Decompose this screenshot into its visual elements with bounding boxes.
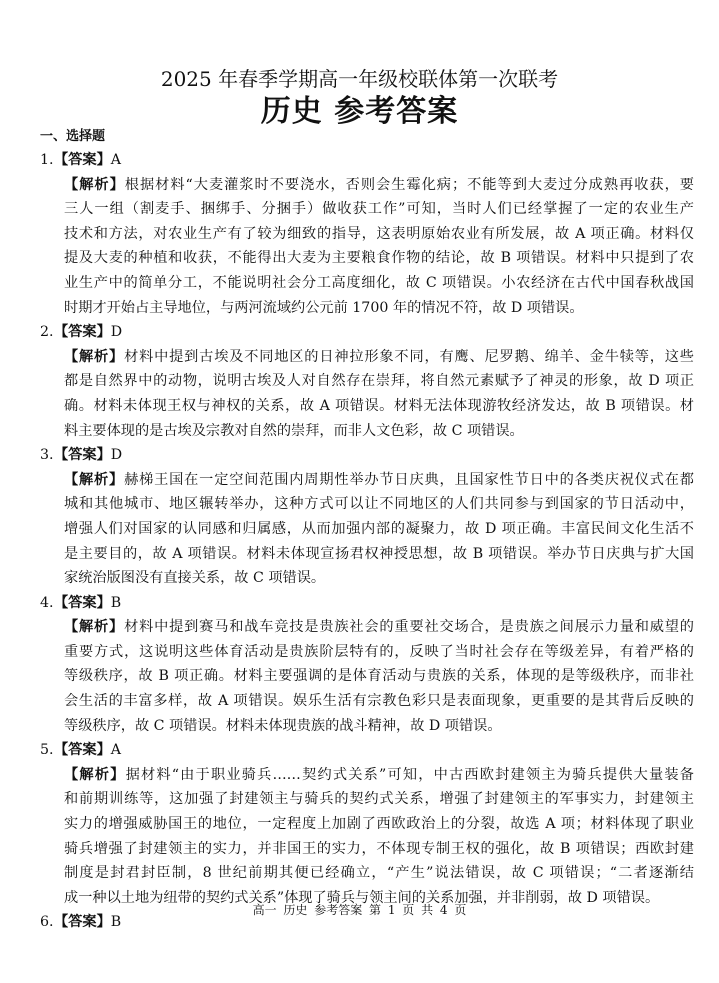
analysis-text: 料主要体现的是古埃及宗教对自然的崇拜，而非人文色彩，故 C 项错误。 [64, 423, 524, 439]
question-number: 3. [40, 443, 54, 468]
analysis-line: 是主要目的，故 A 项错误。材料未体现宣扬君权神授思想，故 B 项错误。举办节日… [40, 542, 694, 567]
answer-value: A [111, 152, 121, 168]
exam-title: 2025 年春季学期高一年级校联体第一次联考 [0, 66, 719, 92]
answer-line: 4.【答案】B [40, 591, 680, 616]
analysis-text: 城和其他城市、地区辗转举办，这种方式可以让不同地区的人们共同参与到国家的节日活动… [64, 496, 694, 512]
analysis-text: 材料中提到古埃及不同地区的日神拉形象不同，有鹰、尼罗鹅、绵羊、金牛犊等，这些 [124, 349, 694, 365]
analysis-text: 都是自然界中的动物，说明古埃及人对自然存在崇拜，将自然元素赋予了神灵的形象，故 … [64, 373, 694, 389]
answer-line: 2.【答案】D [40, 320, 680, 345]
analysis-text: 是主要目的，故 A 项错误。材料未体现宣扬君权神授思想，故 B 项错误。举办节日… [64, 546, 694, 562]
question-item: 3.【答案】D【解析】赫梯王国在一定空间范围内周期性举办节日庆典，且国家性节日中… [40, 443, 680, 591]
answer-label: 【答案】 [54, 324, 111, 340]
answer-value: A [111, 742, 121, 758]
analysis-line: 时期才开始占主导地位，与两河流域约公元前 1700 年的情况不符，故 D 项错误… [40, 296, 680, 321]
analysis-line: 会生活的丰富多样，故 A 项错误。娱乐生活有宗教色彩只是表面现象，更重要的是其背… [40, 689, 694, 714]
analysis-line: 料主要体现的是古埃及宗教对自然的崇拜，而非人文色彩，故 C 项错误。 [40, 419, 680, 444]
analysis-text: 确。材料未体现王权与神权的关系，故 A 项错误。材料无法体现游牧经济发达，故 B… [64, 398, 694, 414]
analysis-label: 【解析】 [64, 177, 125, 193]
page-footer: 高一 历史 参考答案 第 1 页 共 4 页 [0, 902, 719, 918]
analysis-text: 制度是封君封臣制，8 世纪前期其便已经确立，“产生”说法错误，故 C 项错误；“… [64, 865, 694, 881]
analysis-line: 【解析】据材料“由于职业骑兵……契约式关系”可知，中古西欧封建领主为骑兵提供大量… [40, 763, 694, 788]
analysis-label: 【解析】 [64, 472, 124, 488]
analysis-line: 重要方式，这说明这些体育活动是贵族阶层特有的，反映了当时社会存在等级差异，有着严… [40, 640, 694, 665]
analysis-line: 【解析】材料中提到古埃及不同地区的日神拉形象不同，有鹰、尼罗鹅、绵羊、金牛犊等，… [40, 345, 694, 370]
question-item: 1.【答案】A【解析】根据材料“大麦灌浆时不要浇水，否则会生霉化病；不能等到大麦… [40, 148, 680, 320]
answer-value: D [111, 447, 122, 463]
answer-value: B [111, 595, 121, 611]
analysis-line: 【解析】赫梯王国在一定空间范围内周期性举办节日庆典，且国家性节日中的各类庆祝仪式… [40, 468, 694, 493]
analysis-line: 家统治版图没有直接关系，故 C 项错误。 [40, 566, 680, 591]
analysis-text: 技术和方法，对农业生产有了较为细致的指导，这表明原始农业有所发展，故 A 项正确… [64, 226, 694, 242]
question-item: 4.【答案】B【解析】材料中提到赛马和战车竞技是贵族社会的重要社交场合，是贵族之… [40, 591, 680, 739]
answer-value: D [111, 324, 122, 340]
analysis-text: 业生产中的简单分工，不能说明社会分工高度细化，故 C 项错误。小农经济在古代中国… [64, 275, 694, 291]
analysis-text: 会生活的丰富多样，故 A 项错误。娱乐生活有宗教色彩只是表面现象，更重要的是其背… [64, 693, 694, 709]
analysis-line: 增强人们对国家的认同感和归属感，从而加强内部的凝聚力，故 D 项正确。丰富民间文… [40, 517, 694, 542]
analysis-text: 实力的增强威胁国王的地位，一定程度上加剧了西欧政治上的分裂，故选 A 项；材料体… [64, 816, 694, 832]
analysis-text: 材料中提到赛马和战车竞技是贵族社会的重要社交场合，是贵族之间展示力量和威望的 [124, 619, 694, 635]
analysis-text: 根据材料“大麦灌浆时不要浇水，否则会生霉化病；不能等到大麦过分成熟再收获，要 [125, 177, 694, 193]
analysis-text: 家统治版图没有直接关系，故 C 项错误。 [64, 570, 325, 586]
answer-label: 【答案】 [54, 152, 111, 168]
analysis-line: 骑兵增强了封建领主的实力，并非国王的实力，不体现专制王权的强化，故 B 项错误；… [40, 837, 694, 862]
analysis-line: 等级秩序，故 B 项正确。材料主要强调的是体育活动与贵族的关系，体现的是等级秩序… [40, 664, 694, 689]
analysis-line: 业生产中的简单分工，不能说明社会分工高度细化，故 C 项错误。小农经济在古代中国… [40, 271, 694, 296]
answer-list: 1.【答案】A【解析】根据材料“大麦灌浆时不要浇水，否则会生霉化病；不能等到大麦… [40, 148, 680, 935]
analysis-line: 实力的增强威胁国王的地位，一定程度上加剧了西欧政治上的分裂，故选 A 项；材料体… [40, 812, 694, 837]
analysis-text: 等级秩序，故 C 项错误。材料未体现贵族的战斗精神，故 D 项错误。 [64, 718, 502, 734]
question-number: 4. [40, 591, 54, 616]
analysis-line: 制度是封君封臣制，8 世纪前期其便已经确立，“产生”说法错误，故 C 项错误；“… [40, 861, 694, 886]
analysis-line: 【解析】材料中提到赛马和战车竞技是贵族社会的重要社交场合，是贵族之间展示力量和威… [40, 615, 694, 640]
analysis-line: 和前期训练等，这加强了封建领主与骑兵的契约式关系，增强了封建领主的军事实力，封建… [40, 787, 694, 812]
analysis-text: 提及大麦的种植和收获，不能得出大麦为主要粮食作物的结论，故 B 项错误。材料中只… [64, 250, 694, 266]
analysis-label: 【解析】 [64, 349, 124, 365]
analysis-line: 等级秩序，故 C 项错误。材料未体现贵族的战斗精神，故 D 项错误。 [40, 714, 680, 739]
question-item: 5.【答案】A【解析】据材料“由于职业骑兵……契约式关系”可知，中古西欧封建领主… [40, 738, 680, 910]
answer-line: 1.【答案】A [40, 148, 680, 173]
analysis-label: 【解析】 [64, 619, 124, 635]
answer-label: 【答案】 [54, 742, 111, 758]
analysis-text: 赫梯王国在一定空间范围内周期性举办节日庆典，且国家性节日中的各类庆祝仪式在都 [124, 472, 694, 488]
answer-line: 3.【答案】D [40, 443, 680, 468]
document-title: 历史 参考答案 [0, 92, 719, 132]
question-number: 2. [40, 320, 54, 345]
question-item: 2.【答案】D【解析】材料中提到古埃及不同地区的日神拉形象不同，有鹰、尼罗鹅、绵… [40, 320, 680, 443]
analysis-text: 和前期训练等，这加强了封建领主与骑兵的契约式关系，增强了封建领主的军事实力，封建… [64, 791, 694, 807]
analysis-line: 确。材料未体现王权与神权的关系，故 A 项错误。材料无法体现游牧经济发达，故 B… [40, 394, 694, 419]
analysis-text: 重要方式，这说明这些体育活动是贵族阶层特有的，反映了当时社会存在等级差异，有着严… [64, 644, 694, 660]
analysis-line: 城和其他城市、地区辗转举办，这种方式可以让不同地区的人们共同参与到国家的节日活动… [40, 492, 694, 517]
section-heading: 一、选择题 [40, 128, 105, 146]
analysis-line: 【解析】根据材料“大麦灌浆时不要浇水，否则会生霉化病；不能等到大麦过分成熟再收获… [40, 173, 694, 198]
analysis-text: 骑兵增强了封建领主的实力，并非国王的实力，不体现专制王权的强化，故 B 项错误；… [64, 841, 694, 857]
analysis-text: 三人一组（割麦手、捆绑手、分捆手）做收获工作”可知，当时人们已经掌握了一定的农业… [64, 201, 694, 217]
answer-line: 5.【答案】A [40, 738, 680, 763]
analysis-line: 提及大麦的种植和收获，不能得出大麦为主要粮食作物的结论，故 B 项错误。材料中只… [40, 246, 694, 271]
analysis-line: 都是自然界中的动物，说明古埃及人对自然存在崇拜，将自然元素赋予了神灵的形象，故 … [40, 369, 694, 394]
question-number: 1. [40, 148, 54, 173]
analysis-text: 据材料“由于职业骑兵……契约式关系”可知，中古西欧封建领主为骑兵提供大量装备 [126, 767, 694, 783]
question-number: 5. [40, 738, 54, 763]
analysis-text: 等级秩序，故 B 项正确。材料主要强调的是体育活动与贵族的关系，体现的是等级秩序… [64, 668, 694, 684]
analysis-text: 时期才开始占主导地位，与两河流域约公元前 1700 年的情况不符，故 D 项错误… [64, 300, 584, 316]
analysis-line: 三人一组（割麦手、捆绑手、分捆手）做收获工作”可知，当时人们已经掌握了一定的农业… [40, 197, 694, 222]
answer-label: 【答案】 [54, 595, 111, 611]
analysis-line: 技术和方法，对农业生产有了较为细致的指导，这表明原始农业有所发展，故 A 项正确… [40, 222, 694, 247]
answer-label: 【答案】 [54, 447, 111, 463]
document-page: 2025 年春季学期高一年级校联体第一次联考 历史 参考答案 一、选择题 1.【… [0, 0, 719, 983]
analysis-label: 【解析】 [64, 767, 126, 783]
analysis-text: 增强人们对国家的认同感和归属感，从而加强内部的凝聚力，故 D 项正确。丰富民间文… [64, 521, 694, 537]
